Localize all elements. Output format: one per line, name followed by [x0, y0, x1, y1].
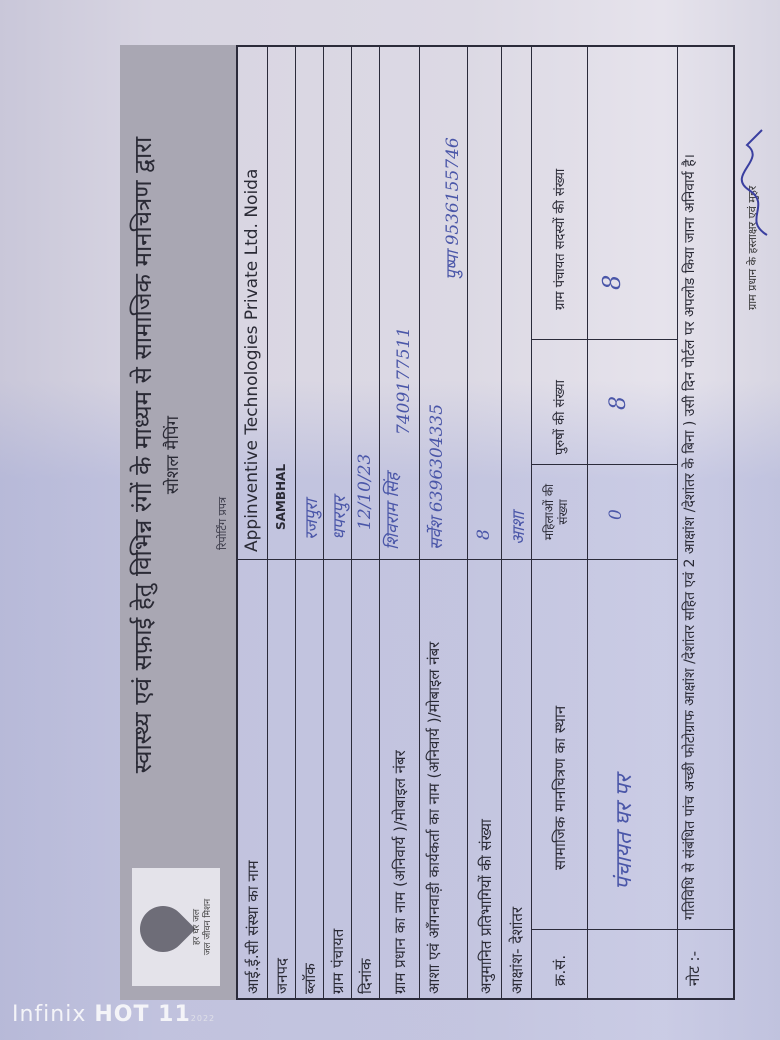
form-title: स्वास्थ्य एवं सफ़ाई हेतु विभिन्न रंगों क… — [128, 60, 158, 850]
table-cell: 8 — [606, 396, 631, 410]
field-value: रजपुरा — [299, 499, 322, 540]
field-row-pradhan: ग्राम प्रधान का नाम (अनिवार्य )/मोबाइल न… — [380, 45, 420, 1000]
field-value-mobile: 7409177511 — [394, 327, 414, 435]
field-label: आई.ई.सी संस्था का नाम — [243, 860, 263, 994]
note-label: नोट :- — [684, 951, 704, 986]
field-value-2: पुष्पा 9536155746 — [440, 137, 463, 280]
field-row-asha-anganwadi: आशा एवं आँगनवाड़ी कार्यकर्ता का नाम (अनि… — [420, 45, 468, 1000]
watermark-model: HOT 11 — [94, 1002, 190, 1027]
field-value: धपरपुर — [327, 496, 350, 540]
field-value: 8 — [474, 529, 494, 540]
table-cell: पंचायत घर पर — [608, 775, 638, 890]
table-cell: 8 — [598, 275, 626, 290]
signature-area: ग्राम प्रधान के हस्ताक्षर एवं मुहर ग्राम… — [745, 60, 780, 320]
field-label: ग्राम पंचायत — [328, 929, 348, 994]
table-cell: 0 — [606, 509, 626, 520]
field-label: दिनांक — [356, 958, 376, 994]
field-value: SAMBHAL — [274, 464, 288, 530]
field-value: सर्वेश 6396304335 — [424, 404, 447, 550]
field-row-block: ब्लॉक रजपुरा — [296, 45, 324, 1000]
form-subtitle: सोशल मैपिंग — [160, 60, 183, 850]
field-label: आक्षांश- देशांतर — [507, 907, 527, 994]
field-label: जनपद — [272, 958, 292, 994]
note-row: नोट :- गतिविधि से संबंधित पांच अच्छी फोट… — [678, 45, 735, 1000]
signature-scribble-icon — [737, 120, 777, 240]
field-row-gram-panchayat: ग्राम पंचायत धपरपुर — [324, 45, 352, 1000]
note-text: गतिविधि से संबंधित पांच अच्छी फोटोग्राफ … — [682, 60, 699, 920]
table-header: क्र.सं. — [550, 955, 570, 986]
field-value: 12/10/23 — [355, 454, 375, 530]
field-value: आशा — [506, 512, 529, 545]
field-label: ग्राम प्रधान का नाम (अनिवार्य )/मोबाइल न… — [390, 750, 410, 994]
field-row-participants: अनुमानित प्रतिभागियों की संख्या 8 — [468, 45, 502, 1000]
watermark-year: 2022 — [191, 1014, 215, 1023]
table-header: पुरुषों की संख्या — [550, 380, 568, 455]
social-mapping-form: हर घर जल जल जीवन मिशन स्वास्थ्य एवं सफ़ा… — [120, 45, 735, 1000]
field-label: ब्लॉक — [300, 963, 320, 994]
table-header: सामाजिक मानचित्रण का स्थान — [550, 706, 570, 870]
watermark-brand: Infinix — [12, 1002, 86, 1027]
water-drop-logo-icon — [130, 896, 195, 961]
field-label: अनुमानित प्रतिभागियों की संख्या — [476, 819, 496, 994]
field-row-district: जनपद SAMBHAL — [268, 45, 296, 1000]
field-value: शिवराम सिंह — [380, 473, 403, 550]
table-header-row: क्र.सं. सामाजिक मानचित्रण का स्थान महिला… — [532, 45, 588, 1000]
logo-text-line2: जल जीवन मिशन — [203, 868, 214, 986]
field-row-lat-long: आक्षांश- देशांतर आशा — [502, 45, 532, 1000]
field-row-iec: आई.ई.सी संस्था का नाम Appinventive Techn… — [238, 45, 268, 1000]
jal-jeevan-logo: हर घर जल जल जीवन मिशन — [132, 868, 220, 986]
field-value: Appinventive Technologies Private Ltd. N… — [242, 169, 262, 552]
field-row-date: दिनांक 12/10/23 — [352, 45, 380, 1000]
table-header: महिलाओं की संख्या — [542, 472, 570, 552]
table-header: ग्राम पंचायत सदस्यों की संख्या — [550, 169, 568, 310]
logo-text-line1: हर घर जल — [192, 868, 203, 986]
table-row: पंचायत घर पर 0 8 8 — [588, 45, 678, 1000]
field-label: आशा एवं आँगनवाड़ी कार्यकर्ता का नाम (अनि… — [426, 564, 443, 994]
form-header: हर घर जल जल जीवन मिशन स्वास्थ्य एवं सफ़ा… — [120, 45, 238, 1000]
camera-watermark: InfinixHOT 112022 — [12, 1002, 215, 1027]
report-label: रिपोर्टिंग प्रपत्र — [215, 497, 230, 550]
